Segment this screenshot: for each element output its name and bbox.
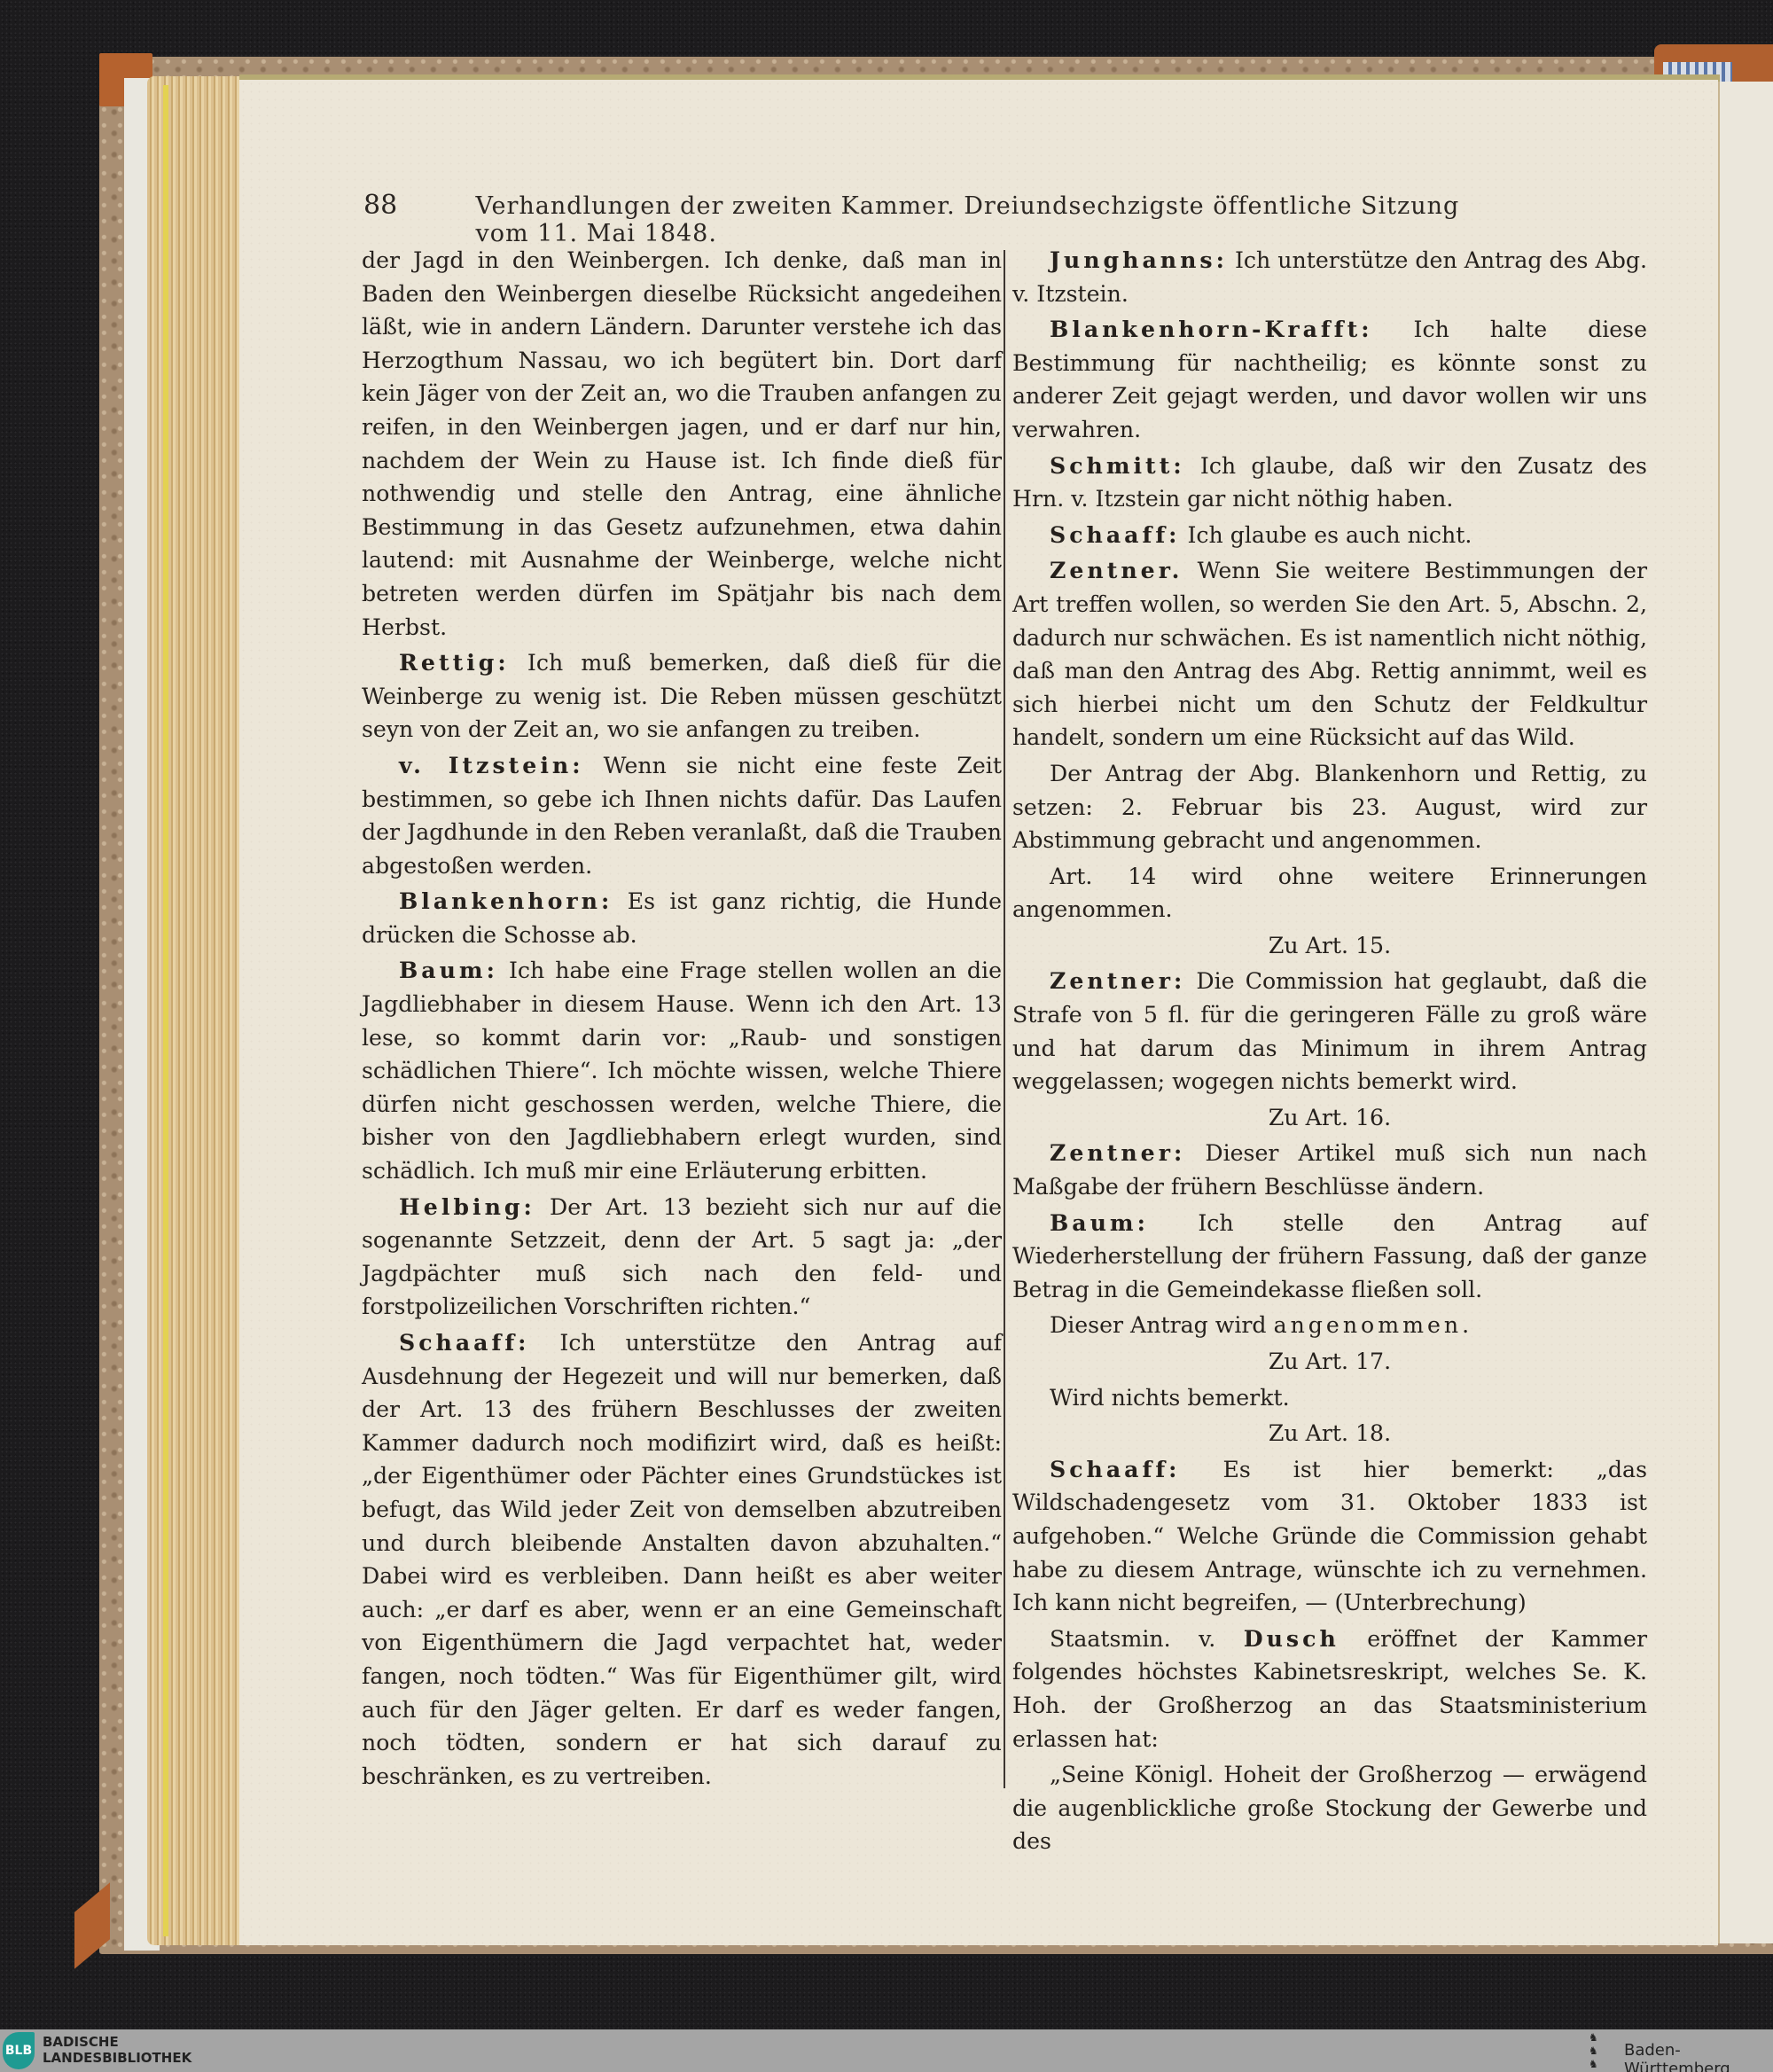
section-heading: Zu Art. 17. — [1012, 1345, 1647, 1379]
column-rule — [1004, 250, 1005, 1788]
paragraph: Art. 14 wird ohne weitere Erinnerungen a… — [1012, 860, 1647, 927]
paragraph: Schaaff: Es ist hier bemerkt: „das Wilds… — [1012, 1453, 1647, 1620]
blb-logo-icon[interactable]: BLB — [3, 2032, 35, 2069]
paragraph: Junghanns: Ich unterstütze den Antrag de… — [1012, 244, 1647, 310]
speaker-name: Schaaff: — [1050, 1456, 1180, 1482]
state-logo-text[interactable]: Baden-Württemberg — [1624, 2041, 1773, 2072]
paragraph: Baum: Ich stelle den Antrag auf Wiederhe… — [1012, 1207, 1647, 1307]
page-number: 88 — [363, 190, 475, 221]
page-header: 88 Verhandlungen der zweiten Kammer. Dre… — [363, 190, 1516, 225]
speaker-name: Zentner: — [1050, 967, 1185, 994]
speaker-name: Zentner: — [1050, 1139, 1185, 1166]
speaker-name: v. Itzstein: — [399, 752, 584, 778]
paragraph: Zentner. Wenn Sie weitere Bestimmungen d… — [1012, 554, 1647, 755]
speaker-name: Junghanns: — [1050, 246, 1228, 273]
section-heading: Zu Art. 15. — [1012, 929, 1647, 963]
paragraph: der Jagd in den Weinbergen. Ich denke, d… — [362, 244, 1002, 644]
speaker-name: Blankenhorn-Krafft: — [1050, 316, 1373, 342]
paragraph: Wird nichts bemerkt. — [1012, 1381, 1647, 1415]
speaker-name: Baum: — [399, 957, 498, 983]
paragraph: v. Itzstein: Wenn sie nicht eine feste Z… — [362, 749, 1002, 882]
speaker-name: Schmitt: — [1050, 452, 1185, 479]
paragraph: „Seine Königl. Hoheit der Großherzog — e… — [1012, 1758, 1647, 1858]
running-head: Verhandlungen der zweiten Kammer. Dreiun… — [475, 192, 1516, 247]
speaker-name: Dusch — [1244, 1625, 1340, 1652]
speaker-name: Rettig: — [399, 649, 510, 676]
section-heading: Zu Art. 18. — [1012, 1417, 1647, 1450]
section-heading: Zu Art. 16. — [1012, 1101, 1647, 1135]
paragraph: Helbing: Der Art. 13 bezieht sich nur au… — [362, 1191, 1002, 1324]
paragraph: Zentner: Dieser Artikel muß sich nun nac… — [1012, 1137, 1647, 1203]
paragraph: Staatsmin. v. Dusch eröffnet der Kammer … — [1012, 1622, 1647, 1755]
speaker-name: Blankenhorn: — [399, 887, 613, 914]
speaker-name: Schaaff: — [1050, 521, 1180, 548]
paragraph: Zentner: Die Commission hat geglaubt, da… — [1012, 965, 1647, 1098]
paragraph: Rettig: Ich muß bemerken, daß dieß für d… — [362, 646, 1002, 747]
speaker-name: Helbing: — [399, 1193, 535, 1220]
left-column: der Jagd in den Weinbergen. Ich denke, d… — [362, 244, 1002, 1795]
leather-corner — [74, 1882, 110, 1969]
facing-page — [1718, 82, 1773, 1943]
paragraph: Baum: Ich habe eine Frage stellen wollen… — [362, 954, 1002, 1187]
paragraph: Schmitt: Ich glaube, daß wir den Zusatz … — [1012, 450, 1647, 516]
speaker-name: Schaaff: — [399, 1329, 529, 1356]
paragraph: Der Antrag der Abg. Blankenhorn und Rett… — [1012, 757, 1647, 857]
paragraph: Blankenhorn-Krafft: Ich halte diese Best… — [1012, 313, 1647, 446]
right-column: Junghanns: Ich unterstütze den Antrag de… — [1012, 244, 1647, 1861]
page-edges — [147, 76, 241, 1945]
speaker-name: Baum: — [1050, 1209, 1149, 1236]
library-name[interactable]: BADISCHE LANDESBIBLIOTHEK — [43, 2034, 191, 2066]
paragraph: Schaaff: Ich unterstütze den Antrag auf … — [362, 1326, 1002, 1793]
paragraph: Dieser Antrag wird angenommen. — [1012, 1309, 1647, 1342]
paragraph: Schaaff: Ich glaube es auch nicht. — [1012, 519, 1647, 552]
viewer-footer: BLB BADISCHE LANDESBIBLIOTHEK ♞♞♞ Baden-… — [0, 2029, 1773, 2072]
paragraph: Blankenhorn: Es ist ganz richtig, die Hu… — [362, 885, 1002, 951]
speaker-name: Zentner. — [1050, 557, 1183, 583]
three-lions-icon: ♞♞♞ — [1589, 2031, 1615, 2070]
